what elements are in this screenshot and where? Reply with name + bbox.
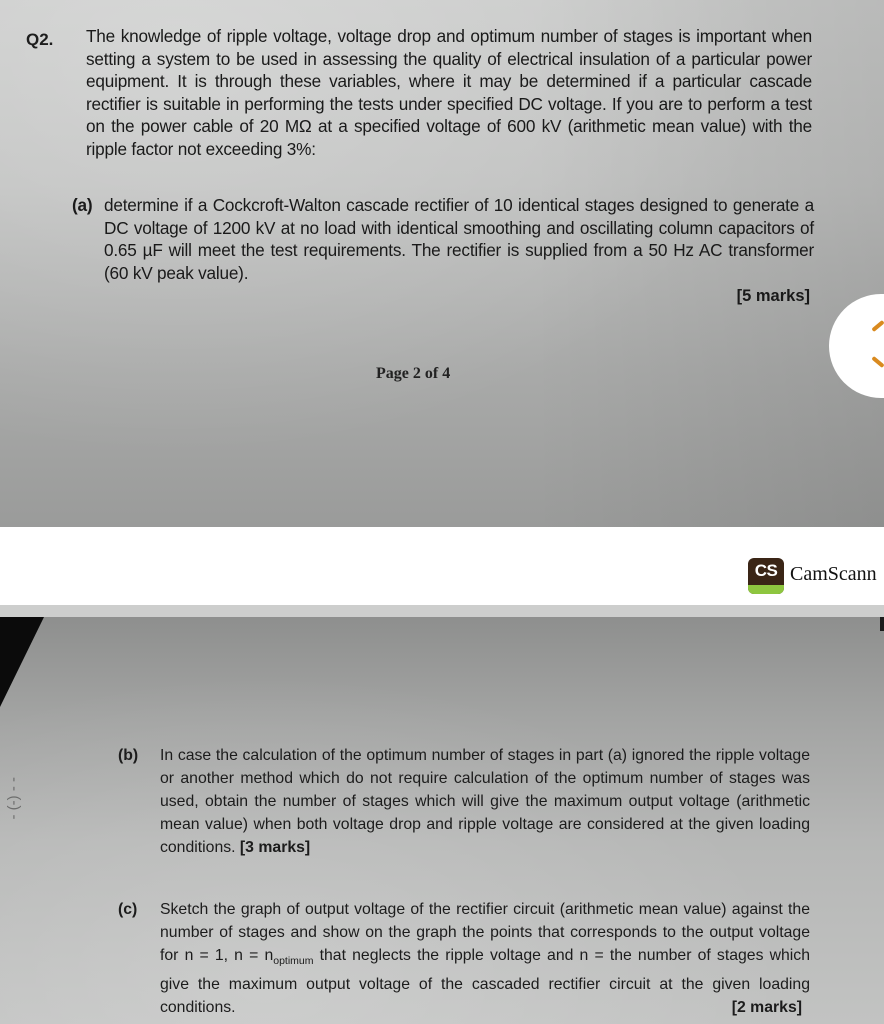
subscript-optimum: optimum (273, 955, 313, 967)
camscanner-banner: CS CamScann (0, 527, 884, 605)
part-c-label: (c) (118, 898, 137, 921)
part-b: (b) In case the calculation of the optim… (118, 744, 810, 859)
part-a: (a) determine if a Cockcroft-Walton casc… (72, 194, 814, 284)
page-number: Page 2 of 4 (376, 365, 450, 383)
logo-text: CS (748, 561, 784, 581)
part-c-marks: [2 marks] (732, 996, 802, 1019)
exam-page-2: - (-) - - (b) In case the calculation of… (0, 617, 884, 1024)
part-b-marks: [3 marks] (240, 839, 310, 856)
photo-edge-shadow (0, 617, 44, 707)
part-a-marks: [5 marks] (737, 287, 810, 306)
part-a-label: (a) (72, 194, 92, 217)
chevron-up-icon (871, 320, 884, 332)
photo-edge-corner (880, 617, 884, 631)
chevron-down-icon (871, 356, 884, 368)
logo-green-band (748, 585, 784, 594)
part-c-text: Sketch the graph of output voltage of th… (160, 898, 810, 1019)
question-number: Q2. (26, 30, 53, 50)
question-intro-text: The knowledge of ripple voltage, voltage… (86, 25, 812, 160)
camscanner-logo-icon: CS (748, 558, 784, 594)
exam-page-1: Q2. The knowledge of ripple voltage, vol… (0, 0, 884, 527)
margin-pencil-marks: - (-) - - (4, 777, 34, 819)
app-name: CamScann (790, 563, 877, 586)
part-b-label: (b) (118, 744, 138, 767)
part-c: (c) Sketch the graph of output voltage o… (118, 898, 810, 1019)
part-b-text: In case the calculation of the optimum n… (160, 744, 810, 859)
part-a-text: determine if a Cockcroft-Walton cascade … (104, 194, 814, 284)
page-separator (0, 605, 884, 617)
